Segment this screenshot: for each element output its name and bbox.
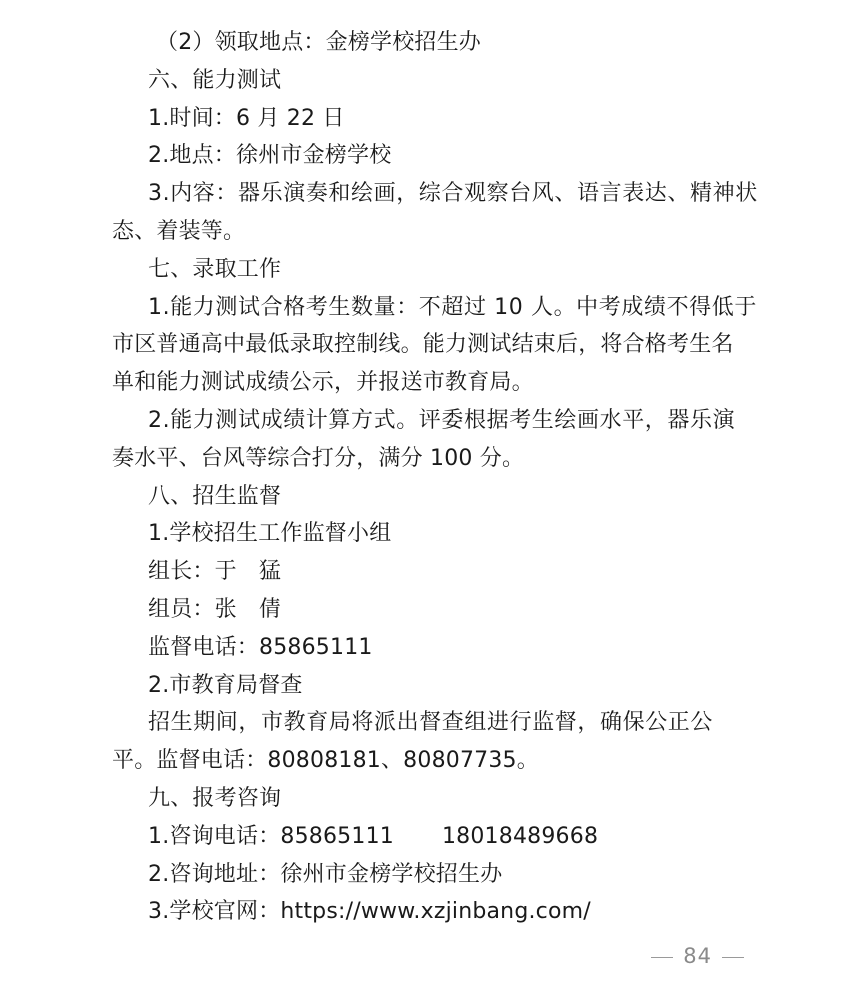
text-line-consult-phone: 1.咨询电话：8586511118018489668 — [112, 818, 756, 856]
text-line-test-location: 2.地点：徐州市金榜学校 — [112, 137, 756, 175]
text-line-school-website: 3.学校官网：https://www.xzjinbang.com/ — [112, 893, 756, 931]
group-member-name-second: 倩 — [259, 597, 281, 622]
text-line-inspection-detail: 招生期间，市教育局将派出督查组进行监督，确保公正公 — [112, 704, 756, 742]
page-number: 84 — [641, 944, 754, 968]
text-line-supervision-phone: 监督电话：85865111 — [112, 629, 756, 667]
supervision-phone-number: 85865111 — [259, 635, 373, 660]
text-line-score-method: 2.能力测试成绩计算方式。评委根据考生绘画水平，器乐演 — [112, 402, 756, 440]
dash-right-decoration — [722, 957, 744, 958]
page-number-value: 84 — [683, 944, 712, 968]
section-heading-consultation: 九、报考咨询 — [112, 780, 756, 818]
document-page: （2）领取地点：金榜学校招生办 六、能力测试 1.时间：6 月 22 日 2.地… — [112, 24, 756, 931]
text-line-consult-address: 2.咨询地址：徐州市金榜学校招生办 — [112, 856, 756, 894]
section-heading-admission: 七、录取工作 — [112, 251, 756, 289]
text-line-bureau-inspection: 2.市教育局督查 — [112, 667, 756, 705]
text-line-group-leader: 组长：于猛 — [112, 553, 756, 591]
text-line-admission-quota-cont-1: 市区普通高中最低录取控制线。能力测试结束后，将合格考生名 — [112, 326, 756, 364]
school-website-label: 3.学校官网： — [148, 899, 280, 924]
group-member-label: 组员： — [148, 597, 215, 622]
text-line-test-time: 1.时间：6 月 22 日 — [112, 100, 756, 138]
consult-phone-label: 1.咨询电话： — [148, 824, 280, 849]
dash-left-decoration — [651, 957, 673, 958]
text-line-pickup-location: （2）领取地点：金榜学校招生办 — [112, 24, 756, 62]
consult-phone-landline: 85865111 — [280, 824, 394, 849]
text-line-test-content-cont: 态、着装等。 — [112, 213, 756, 251]
supervision-phone-label: 监督电话： — [148, 635, 259, 660]
section-heading-ability-test: 六、能力测试 — [112, 62, 756, 100]
group-member-name-first: 张 — [215, 597, 237, 622]
group-leader-label: 组长： — [148, 559, 215, 584]
consult-phone-mobile: 18018489668 — [442, 824, 598, 849]
text-line-admission-quota: 1.能力测试合格考生数量：不超过 10 人。中考成绩不得低于 — [112, 289, 756, 327]
text-line-admission-quota-cont-2: 单和能力测试成绩公示，并报送市教育局。 — [112, 364, 756, 402]
group-leader-name-first: 于 — [215, 559, 237, 584]
text-line-test-content: 3.内容：器乐演奏和绘画，综合观察台风、语言表达、精神状 — [112, 175, 756, 213]
group-leader-name-second: 猛 — [259, 559, 281, 584]
school-website-url: https://www.xzjinbang.com/ — [280, 899, 591, 924]
text-line-score-method-cont: 奏水平、台风等综合打分，满分 100 分。 — [112, 440, 756, 478]
text-line-supervision-group: 1.学校招生工作监督小组 — [112, 515, 756, 553]
text-line-group-member: 组员：张倩 — [112, 591, 756, 629]
section-heading-supervision: 八、招生监督 — [112, 478, 756, 516]
text-line-inspection-detail-cont: 平。监督电话：80808181、80807735。 — [112, 742, 756, 780]
